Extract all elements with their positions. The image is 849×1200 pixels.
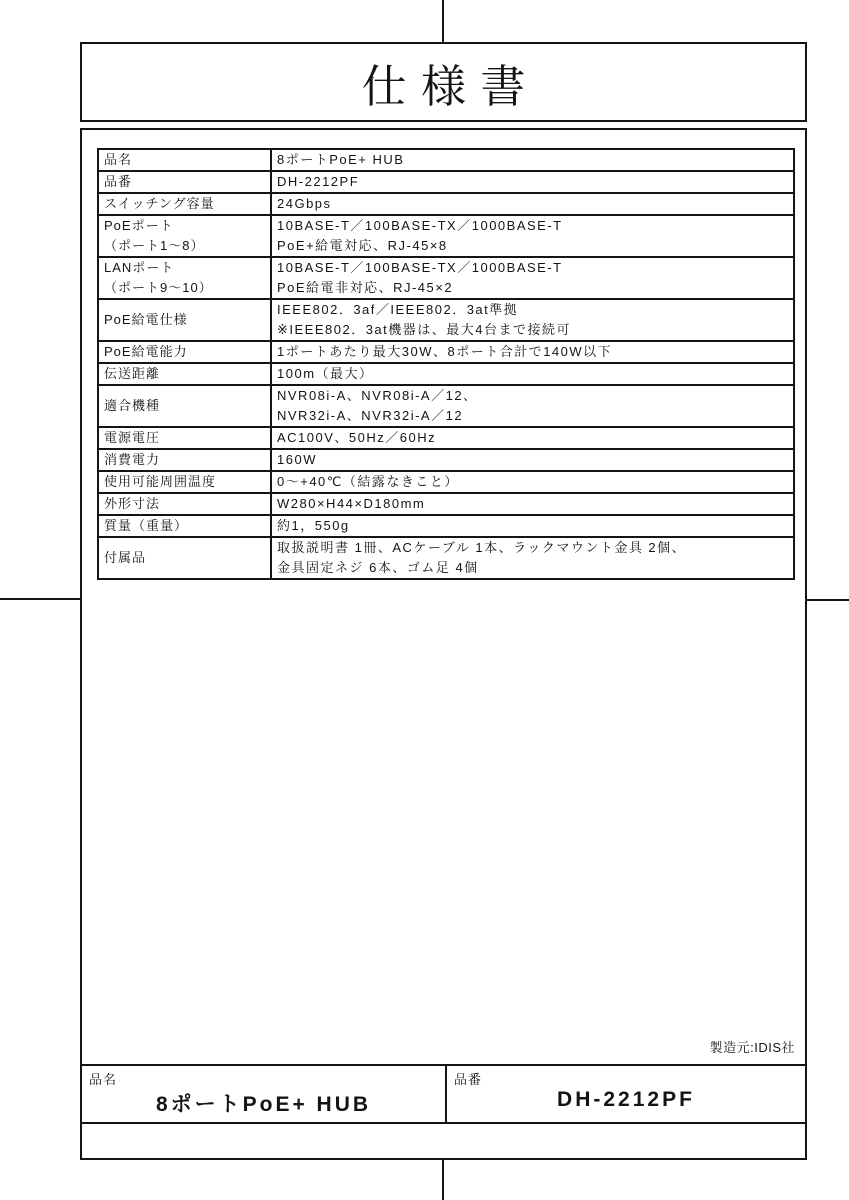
row-value: 10BASE-T／100BASE-TX／1000BASE-T PoE+給電対応、… [271, 215, 794, 257]
title-block: 仕様書 [80, 42, 807, 122]
table-row: スイッチング容量 24Gbps [98, 193, 794, 215]
spec-table: 品名 8ポートPoE+ HUB 品番 DH-2212PF スイッチング容量 24… [97, 148, 795, 580]
row-label: 使用可能周囲温度 [98, 471, 271, 493]
row-value: 約1，550g [271, 515, 794, 537]
page-title: 仕様書 [347, 50, 540, 115]
table-row: 外形寸法 W280×H44×D180mm [98, 493, 794, 515]
footer-product-name-cell: 品名 8ポートPoE+ HUB [82, 1066, 447, 1122]
row-value: 取扱説明書 1冊、ACケーブル 1本、ラックマウント金具 2個、 金具固定ネジ … [271, 537, 794, 579]
row-label: 品名 [98, 149, 271, 171]
row-label: 外形寸法 [98, 493, 271, 515]
table-row: PoE給電仕様 IEEE802．3af／IEEE802．3at準拠 ※IEEE8… [98, 299, 794, 341]
row-label: PoEポート （ポート1～8） [98, 215, 271, 257]
row-value: NVR08i-A、NVR08i-A／12、 NVR32i-A、NVR32i-A／… [271, 385, 794, 427]
row-label: 伝送距離 [98, 363, 271, 385]
footer-product-name-value: 8ポートPoE+ HUB [82, 1088, 445, 1118]
row-value: DH-2212PF [271, 171, 794, 193]
row-value: 8ポートPoE+ HUB [271, 149, 794, 171]
row-label: 質量（重量） [98, 515, 271, 537]
row-value: 1ポートあたり最大30W、8ポート合計で140W以下 [271, 341, 794, 363]
crop-mark-bottom [442, 1160, 444, 1200]
footer-product-name-label: 品名 [89, 1069, 117, 1088]
footer-title-block: 品名 8ポートPoE+ HUB 品番 DH-2212PF [80, 1064, 807, 1122]
row-label: 消費電力 [98, 449, 271, 471]
table-row: PoEポート （ポート1～8） 10BASE-T／100BASE-TX／1000… [98, 215, 794, 257]
table-row: 使用可能周囲温度 0～+40℃（結露なきこと） [98, 471, 794, 493]
table-row: 伝送距離 100m（最大） [98, 363, 794, 385]
footer-empty-row [80, 1122, 807, 1160]
row-label: 品番 [98, 171, 271, 193]
table-row: 付属品 取扱説明書 1冊、ACケーブル 1本、ラックマウント金具 2個、 金具固… [98, 537, 794, 579]
row-label: 適合機種 [98, 385, 271, 427]
footer-part-number-label: 品番 [454, 1069, 482, 1088]
row-value: 100m（最大） [271, 363, 794, 385]
table-row: 電源電圧 AC100V、50Hz／60Hz [98, 427, 794, 449]
table-row: 品番 DH-2212PF [98, 171, 794, 193]
main-frame: 品名 8ポートPoE+ HUB 品番 DH-2212PF スイッチング容量 24… [80, 128, 807, 1160]
row-label: スイッチング容量 [98, 193, 271, 215]
row-value: 24Gbps [271, 193, 794, 215]
row-label: PoE給電能力 [98, 341, 271, 363]
table-row: 消費電力 160W [98, 449, 794, 471]
row-value: AC100V、50Hz／60Hz [271, 427, 794, 449]
crop-mark-top [442, 0, 444, 42]
manufacturer-note: 製造元:IDIS社 [710, 1037, 795, 1056]
row-label: LANポート （ポート9～10） [98, 257, 271, 299]
crop-mark-left [0, 598, 80, 600]
crop-mark-right [807, 599, 849, 601]
row-value: IEEE802．3af／IEEE802．3at準拠 ※IEEE802．3at機器… [271, 299, 794, 341]
row-value: 10BASE-T／100BASE-TX／1000BASE-T PoE給電非対応、… [271, 257, 794, 299]
footer-part-number-value: DH-2212PF [447, 1088, 805, 1112]
table-row: LANポート （ポート9～10） 10BASE-T／100BASE-TX／100… [98, 257, 794, 299]
footer-part-number-cell: 品番 DH-2212PF [447, 1066, 805, 1122]
row-value: 0～+40℃（結露なきこと） [271, 471, 794, 493]
row-value: W280×H44×D180mm [271, 493, 794, 515]
row-label: 付属品 [98, 537, 271, 579]
table-row: PoE給電能力 1ポートあたり最大30W、8ポート合計で140W以下 [98, 341, 794, 363]
row-label: PoE給電仕様 [98, 299, 271, 341]
table-row: 質量（重量） 約1，550g [98, 515, 794, 537]
table-row: 適合機種 NVR08i-A、NVR08i-A／12、 NVR32i-A、NVR3… [98, 385, 794, 427]
row-label: 電源電圧 [98, 427, 271, 449]
table-row: 品名 8ポートPoE+ HUB [98, 149, 794, 171]
row-value: 160W [271, 449, 794, 471]
spec-sheet-page: 仕様書 品名 8ポートPoE+ HUB 品番 DH-2212PF スイッチング容… [0, 0, 849, 1200]
